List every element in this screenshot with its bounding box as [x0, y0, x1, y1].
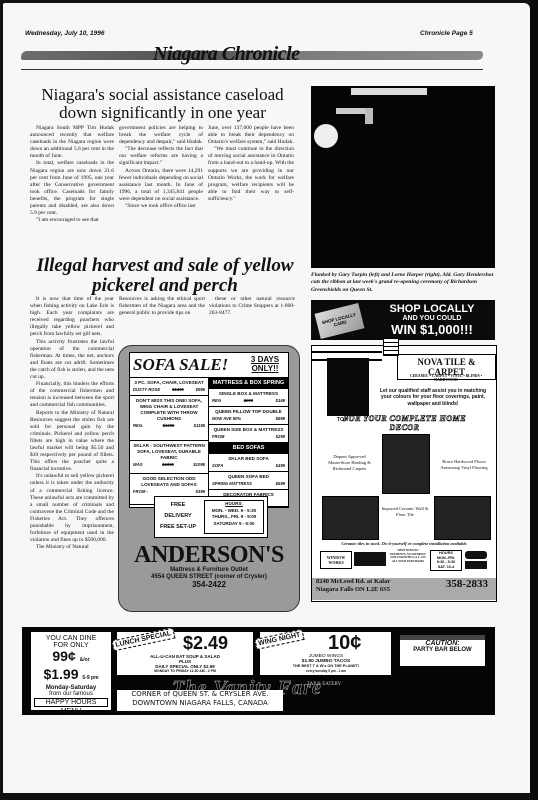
shop-locally-text: SHOP LOCALLY AND YOU COULD WIN $1,000!!!: [371, 303, 493, 337]
sale-price: $995: [196, 387, 205, 393]
paragraph: It's unlawful to sell yellow pickerel un…: [30, 473, 114, 544]
paragraph: Reports to the Ministry of Natural Resou…: [30, 410, 114, 474]
paragraph: It is now that time of the year when fis…: [30, 296, 114, 339]
masthead-rule: [21, 69, 483, 70]
wing-line: every tuesday 5 pm - 1 am: [262, 669, 390, 674]
vanity-fare-ad: YOU CAN DINE FOR ONLY 99¢ &/or $1.99 5-9…: [22, 627, 495, 715]
sofa-right-column: MATTRESS & BOX SPRING SINGLE BOX & MATTR…: [209, 378, 288, 507]
setup-label: FREE SET-UP: [155, 522, 201, 533]
wing-night-panel: WING NIGHT 10¢ JUMBO WINGS $1.50 JUMBO T…: [260, 632, 391, 675]
nova-phone: 358-2833: [446, 581, 488, 589]
was-price: $1695: [163, 423, 175, 429]
dine-line: YOU CAN DINE: [31, 635, 111, 642]
paragraph: "Since we took office office last: [119, 203, 203, 210]
sale-price: $1095: [193, 462, 205, 468]
item-desc: QUEEN SIZE BOX & MATTRESS: [212, 427, 285, 433]
paragraph: Niagara South MPP Tim Hudak announced re…: [30, 125, 114, 160]
sale-price: $699: [276, 481, 285, 487]
lunch-price: $2.49: [183, 633, 228, 654]
hours-line: SAT. 10-4: [431, 565, 461, 570]
shop-line1: SHOP LOCALLY: [371, 303, 493, 315]
ribbon-cutting-photo: [311, 86, 495, 268]
paragraph: The Ministry of Natural: [30, 544, 114, 551]
paragraph: "The decrease reflects the fact that our…: [119, 146, 203, 167]
free-label: FREE: [155, 500, 201, 511]
hours-line: SATURDAY 9 - 5:00: [205, 521, 263, 528]
article2-col2: Resources is asking the ethical sport fi…: [119, 296, 205, 317]
item-sub: DUSTY ROSE: [133, 387, 160, 393]
tom-photo: [327, 358, 369, 416]
location-line: DOWNTOWN NIAGARA FALLS, CANADA: [117, 699, 283, 708]
item-sub: REG: [212, 398, 221, 404]
sale-price: $1195: [194, 423, 205, 429]
financing-text: SHOP WITH NO PAYMENTS, NO INTEREST FOR 6…: [390, 549, 426, 563]
shop-line3: WIN $1,000!!!: [371, 323, 493, 337]
sale-price: $299: [276, 434, 285, 440]
photo-sign: [365, 108, 373, 124]
lunch-details: ALL-U-CAN EAT SOUP & SALAD PLUS DAILY SP…: [119, 654, 251, 674]
item-desc: SKLAR BED SOFA: [212, 456, 285, 462]
three-days-badge: 3 DAYS ONLY!!: [245, 355, 285, 373]
caution-text: PARTY BAR BELOW: [400, 647, 485, 653]
nova-tile-ad: TOM NOVA TILE & CARPET CERAMIC • CARPET …: [311, 345, 497, 602]
item-sub: WAS: [133, 462, 143, 468]
paragraph: Financially, this hinders the efforts of…: [30, 381, 114, 409]
item-sub: NOW AVE 50%: [212, 416, 241, 422]
dine-line: from our famous: [31, 691, 111, 697]
mattress-item: QUEEN SIZE BOX & MATTRESSFROM$299: [209, 425, 288, 443]
hours-line: THURS., FRI. 9 - 9:00: [205, 514, 263, 521]
time: 5-9 pm: [82, 675, 98, 681]
sofa-item: SKLAR - SOUTHWEST PATTERN SOFA, LOVESEAT…: [130, 441, 208, 474]
article1-headline: Niagara's social assistance caseload dow…: [30, 86, 295, 122]
sofa-item: 3 PC. SOFA, CHAIR, LOVESEATDUSTY ROSE$14…: [130, 378, 208, 396]
item-sub: SOFA: [212, 463, 223, 469]
item-desc: DON'T MISS THIS ONE! SOFA, WING CHAIR & …: [133, 398, 205, 422]
item-desc: 3 PC. SOFA, CHAIR, LOVESEAT: [133, 380, 205, 386]
store-hours: HOURS: MON. - WED. 9 - 5:30 THURS., FRI.…: [204, 500, 264, 534]
location-line: CORNER of QUEEN ST. & CRYSLER AVE.: [117, 690, 283, 699]
paragraph: June, over 137,000 people have been able…: [208, 125, 294, 146]
lunch-special-tag: LUNCH SPECIAL: [112, 628, 176, 652]
paragraph: In total, welfare caseloads in the Niaga…: [30, 160, 114, 217]
paragraph: "We must continue in the direction of mo…: [208, 146, 294, 203]
dine-price-2: $1.99 5-9 pm: [31, 667, 111, 685]
paragraph: This activity frustrates the lawful oper…: [30, 339, 114, 382]
wing-details: JUMBO WINGS $1.50 JUMBO TACOS THE BEST T…: [262, 654, 390, 674]
wing-price: 10¢: [328, 632, 361, 655]
carpet-brands: Dupont Approved MasterStore Harding & Ri…: [322, 454, 377, 472]
menu-label: MENU: [31, 708, 111, 715]
paragraph: "I am encouraged to see that: [30, 217, 114, 224]
was-price: $1495: [172, 387, 184, 393]
nova-pitch: Let our qualified staff assist you in ma…: [374, 388, 492, 407]
sofa-ad-panel: SOFA SALE! 3 DAYS ONLY!! 3 PC. SOFA, CHA…: [129, 352, 289, 508]
installation-note: Ceramic tiles in stock. Do-it-yourself o…: [317, 541, 492, 546]
wing-night-tag: WING NIGHT: [254, 629, 304, 650]
lunch-line: MONDAY TO FRIDAY 11:30 AM - 2 PM: [119, 669, 251, 674]
item-desc: QUEEN PILLOW TOP DOUBLE: [212, 409, 285, 415]
item-desc: SKLAR - SOUTHWEST PATTERN SOFA, LOVESEAT…: [133, 443, 205, 461]
price: 99¢: [52, 648, 75, 664]
was-price: $299: [244, 398, 253, 404]
tile-photo-right: [434, 496, 491, 540]
lunch-special-panel: LUNCH SPECIAL $2.49 ALL-U-CAN EAT SOUP &…: [117, 632, 253, 675]
caution-sign: CAUTION: PARTY BAR BELOW: [400, 635, 485, 666]
decor-photo: [382, 434, 430, 494]
sofa-price-grid: 3 PC. SOFA, CHAIR, LOVESEATDUSTY ROSE$14…: [130, 377, 288, 507]
sale-price: $399: [196, 489, 205, 495]
andersons-phone: 354-2422: [119, 581, 299, 588]
logo-subtitle: TAP & EATERY: [307, 682, 341, 687]
andersons-logo-block: ANDERSON'S Mattress & Furniture Outlet 4…: [119, 543, 299, 588]
article1-col2: government policies are helping to break…: [119, 125, 203, 210]
bed-item: SKLAR BED SOFASOFA$499: [209, 454, 288, 472]
happy-hours-panel: YOU CAN DINE FOR ONLY 99¢ &/or $1.99 5-9…: [31, 632, 111, 710]
issue-date: Wednesday, July 10, 1996: [25, 30, 105, 37]
tile-photo-left: [322, 496, 379, 540]
article2-col3: these or other natural resource violatio…: [209, 296, 295, 317]
item-sub: FROM -: [133, 489, 148, 495]
bed-sofas-header: BED SOFAS: [209, 443, 288, 454]
credit-card-icon: [465, 561, 487, 569]
delivery-hours-box: FREE DELIVERY FREE SET-UP HOURS: MON. - …: [154, 496, 268, 538]
ceramic-text: Imported Ceramic Wall & Floor Tile: [380, 506, 430, 518]
mattress-item: SINGLE BOX & MATTRESSREG$299$169: [209, 389, 288, 407]
and-or: &/or: [80, 657, 90, 663]
nova-products: CERAMIC • CARPET • VINYL • BLINDS • HARD…: [400, 374, 492, 382]
item-desc: QUEEN SOFA BED: [212, 474, 285, 480]
item-desc: GOOD SELECTION ODD LOVESEATS AND SOFAS: [133, 476, 205, 488]
sale-price: $699: [276, 416, 285, 422]
andersons-tagline: Mattress & Furniture Outlet: [119, 567, 299, 574]
page-label: Chronicle Page 5: [420, 30, 473, 37]
home-decor-arc: FOR YOUR COMPLETE HOME DECOR: [332, 414, 477, 432]
sale-price: $499: [276, 463, 285, 469]
paragraph: Across Ontario, there were 14,291 fewer …: [119, 168, 203, 203]
mattress-header: MATTRESS & BOX SPRING: [209, 378, 288, 389]
price: $1.99: [43, 666, 78, 682]
location-banner: CORNER of QUEEN ST. & CRYSLER AVE. DOWNT…: [117, 690, 283, 711]
window-works-logo: WINDOW WORKS: [320, 551, 352, 569]
sofa-item: DON'T MISS THIS ONE! SOFA, WING CHAIR & …: [130, 396, 208, 441]
masthead: Niagara Chronicle: [21, 47, 483, 63]
sale-price: $169: [276, 398, 285, 404]
article1-col1: Niagara South MPP Tim Hudak announced re…: [30, 125, 114, 224]
credit-card-icon: [465, 551, 487, 559]
article2-headline: Illegal harvest and sale of yellow picke…: [34, 256, 296, 296]
item-sub: REG.: [133, 423, 143, 429]
mattress-item: QUEEN PILLOW TOP DOUBLENOW AVE 50%$699: [209, 407, 288, 425]
caution-title: CAUTION:: [400, 640, 485, 647]
item-sub: SPRING MATTRESS: [212, 481, 252, 487]
free-delivery: FREE DELIVERY FREE SET-UP: [155, 497, 201, 537]
nova-hours: HOURS MON.-FRI. 8:30 - 5:30 SAT. 10-4: [430, 550, 462, 571]
flooring-brands: Bruce Hardwood Floors Armstrong Vinyl Fl…: [434, 459, 494, 471]
photo-banner: [351, 88, 427, 95]
article2-col1: It is now that time of the year when fis…: [30, 296, 114, 551]
item-sub: FROM: [212, 434, 224, 440]
sponsor-logo: [354, 552, 386, 566]
delivery-label: DELIVERY: [155, 511, 201, 522]
dine-price-1: 99¢ &/or: [31, 649, 111, 667]
item-desc: SINGLE BOX & MATTRESS: [212, 391, 285, 397]
scan-border: [530, 0, 538, 800]
bed-item: QUEEN SOFA BEDSPRING MATTRESS$699: [209, 472, 288, 490]
masthead-title: Niagara Chronicle: [153, 43, 300, 66]
paragraph: government policies are helping to break…: [119, 125, 203, 146]
paragraph: Resources is asking the ethical sport fi…: [119, 296, 205, 317]
light-spot: [314, 124, 338, 148]
paragraph: these or other natural resource violatio…: [209, 296, 295, 317]
article1-col3: June, over 137,000 people have been able…: [208, 125, 294, 203]
sofa-left-column: 3 PC. SOFA, CHAIR, LOVESEATDUSTY ROSE$14…: [130, 378, 209, 507]
happy-hours-label: HAPPY HOURS: [34, 698, 108, 707]
andersons-logo: ANDERSON'S: [119, 543, 299, 567]
was-price: $1895: [162, 462, 174, 468]
nova-address-bar: 8240 McLeod Rd. at Kalar Niagara Falls O…: [312, 578, 496, 600]
photo-caption: Flanked by Gary Turpin (left) and Lorne …: [311, 272, 495, 294]
shop-locally-card-icon: SHOP LOCALLY CARD: [315, 303, 365, 339]
andersons-sofa-ad: SOFA SALE! 3 DAYS ONLY!! 3 PC. SOFA, CHA…: [118, 345, 300, 612]
shop-locally-ad: SHOP LOCALLY CARD SHOP LOCALLY AND YOU C…: [311, 300, 495, 340]
